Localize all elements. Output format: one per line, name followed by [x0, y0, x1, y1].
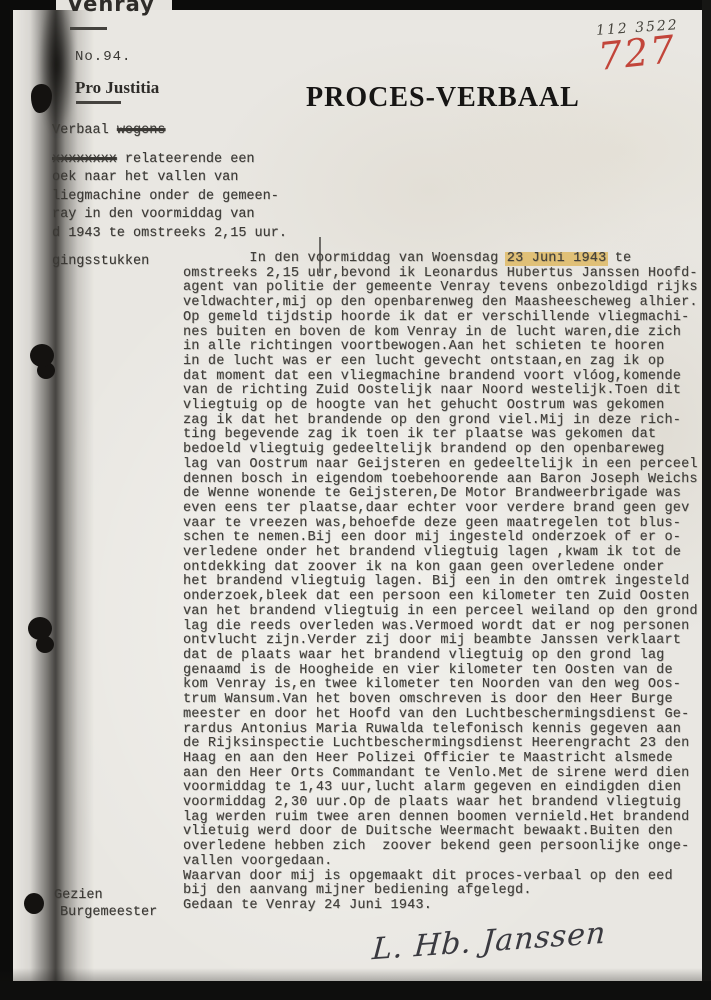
- margin-gezien-label: Gezien: [54, 888, 103, 903]
- margin-text: Verbaal: [52, 123, 117, 138]
- pro-justitia-underline: [76, 101, 121, 104]
- margin-burgemeester-label: Burgemeester: [60, 905, 157, 920]
- scan-border-bottom: [0, 981, 711, 1000]
- body-line: verledene onder het brandend vliegtuig l…: [183, 546, 705, 561]
- margin-line: Verbaal wegens: [52, 122, 287, 141]
- body-line: omstreeks 2,15 uur,bevond ik Leonardus H…: [183, 267, 705, 282]
- punch-hole: [24, 893, 44, 914]
- body-line: onderzoek,bleek dat een persoon een kilo…: [183, 590, 705, 605]
- body-line: kom Venray is,en twee kilometer ten Noor…: [183, 678, 705, 693]
- body-line: aan den Heer Orts Commandant te Venlo.Me…: [183, 767, 705, 782]
- archive-number-red: 727: [596, 27, 679, 79]
- body-line: veldwachter,mij op den openbarenweg den …: [183, 296, 705, 311]
- body-line: In den voormiddag van Woensdag 23 Juni 1…: [183, 252, 705, 267]
- body-line: lag die reeds overleden was.Vermoed word…: [183, 620, 705, 635]
- struck-text: wegens: [117, 123, 166, 138]
- body-line: lag van Oostrum naar Geijsteren en gedee…: [183, 458, 705, 473]
- body-line: de Wenne wonende te Geijsteren,De Motor …: [183, 487, 705, 502]
- body-line: dennen bosch in eigendom toebehoorende a…: [183, 473, 705, 488]
- body-line: vallen voorgedaan.: [183, 855, 705, 870]
- pro-justitia-label: Pro Justitia: [75, 78, 159, 98]
- margin-text: relateerende een: [117, 152, 255, 167]
- body-line: dat moment dat een vliegmachine brandend…: [183, 370, 705, 385]
- body-line: Waarvan door mij is opgemaakt dit proces…: [183, 870, 705, 885]
- margin-line: d 1943 te omstreeks 2,15 uur.: [52, 225, 287, 244]
- body-line: nes buiten en boven de kom Venray in de …: [183, 326, 705, 341]
- punch-hole: [30, 344, 54, 367]
- body-line: Gedaan te Venray 24 Juni 1943.: [183, 899, 705, 914]
- document-title: PROCES-VERBAAL: [306, 82, 580, 114]
- margin-line: oek naar het vallen van: [52, 169, 287, 188]
- body-line: trum Wansum.Van het boven omschreven is …: [183, 693, 705, 708]
- body-line: zag ik dat het brandende op den grond vi…: [183, 414, 705, 429]
- margin-line: ray in den voormiddag van: [52, 206, 287, 225]
- margin-text: d 1943 te omstreeks 2,15 uur.: [52, 226, 287, 241]
- body-line: van het brandend vliegtuig in een percee…: [183, 605, 705, 620]
- punch-hole: [28, 617, 52, 640]
- body-line: agent van politie der gemeente Venray te…: [183, 281, 705, 296]
- body-line: dat de plaats waar het brandend vliegtui…: [183, 649, 705, 664]
- body-line: bedoeld vliegtuig gedeeltelijk brandend …: [183, 443, 705, 458]
- body-line: van de richting Zuid Oostelijk naar Noor…: [183, 384, 705, 399]
- body-line: in de lucht was er een lucht gevecht ont…: [183, 355, 705, 370]
- body-line: vaar te vreezen was,behoefde deze geen m…: [183, 517, 705, 532]
- margin-line: xxxxxxxx relateerende een: [52, 151, 287, 170]
- place-header-underline: [70, 27, 107, 30]
- margin-text: oek naar het vallen van: [52, 170, 238, 185]
- body-line: vliegtuig op de hoogte van het gehucht O…: [183, 399, 705, 414]
- body-line: overledene hebben zich zoover bekend gee…: [183, 840, 705, 855]
- body-line: Haag en aan den Heer Polizei Officier te…: [183, 752, 705, 767]
- body-line: voormiddag 2,30 uur.Op de plaats waar he…: [183, 796, 705, 811]
- body-line: lag werden ruim twee aren dennen boomen …: [183, 811, 705, 826]
- margin-text: liegmachine onder de gemeen-: [52, 189, 279, 204]
- body-line: schen te nemen.Bij een door mij ingestel…: [183, 531, 705, 546]
- body-line: meester en door het Hoofd van den Luchtb…: [183, 708, 705, 723]
- body-line: het brandend vliegtuig lagen. Bij een in…: [183, 575, 705, 590]
- case-number: No.94.: [75, 49, 131, 65]
- margin-verbaal: Verbaal wegensxxxxxxxx relateerende eeno…: [52, 122, 287, 243]
- struck-text: xxxxxxxx: [52, 152, 117, 167]
- body-line: ting begevende zag ik toen ik ter plaats…: [183, 428, 705, 443]
- body-line: in alle richtingen voortbewogen.Aan het …: [183, 340, 705, 355]
- body-line: bij den aanvang mijner bediening afgeleg…: [183, 884, 705, 899]
- scanned-document-page: Venray No.94. Pro Justitia PROCES-VERBAA…: [0, 0, 711, 1000]
- place-header: Venray: [67, 0, 155, 16]
- margin-stukken-label: gingsstukken: [52, 254, 149, 269]
- body-line: voormiddag te 1,43 uur,lucht alarm gegev…: [183, 781, 705, 796]
- body-line: vlietuig werd door de Duitsche Weermacht…: [183, 825, 705, 840]
- body-line: even eens ter plaatse,daar echter voor v…: [183, 502, 705, 517]
- body-line: ontvlucht zijn.Verder zij door mij beamb…: [183, 634, 705, 649]
- body-line: Op gemeld tijdstip hoorde ik dat er vers…: [183, 311, 705, 326]
- body-line: de Rijksinspectie Luchtbeschermingsdiens…: [183, 737, 705, 752]
- body-line: genaamd is de Hoogheide en vier kilomete…: [183, 664, 705, 679]
- body-line: rardus Antonius Maria Ruwalda telefonisc…: [183, 723, 705, 738]
- scan-border-left: [0, 0, 13, 1000]
- margin-line: liegmachine onder de gemeen-: [52, 188, 287, 207]
- body-text: In den voormiddag van Woensdag 23 Juni 1…: [183, 252, 705, 924]
- body-line: ontdekking dat zoover ik na kon gaan gee…: [183, 561, 705, 576]
- bottom-edge-shadow: [0, 968, 711, 982]
- margin-text: ray in den voormiddag van: [52, 207, 255, 222]
- highlighted-date: 23 Juni 1943: [507, 252, 607, 266]
